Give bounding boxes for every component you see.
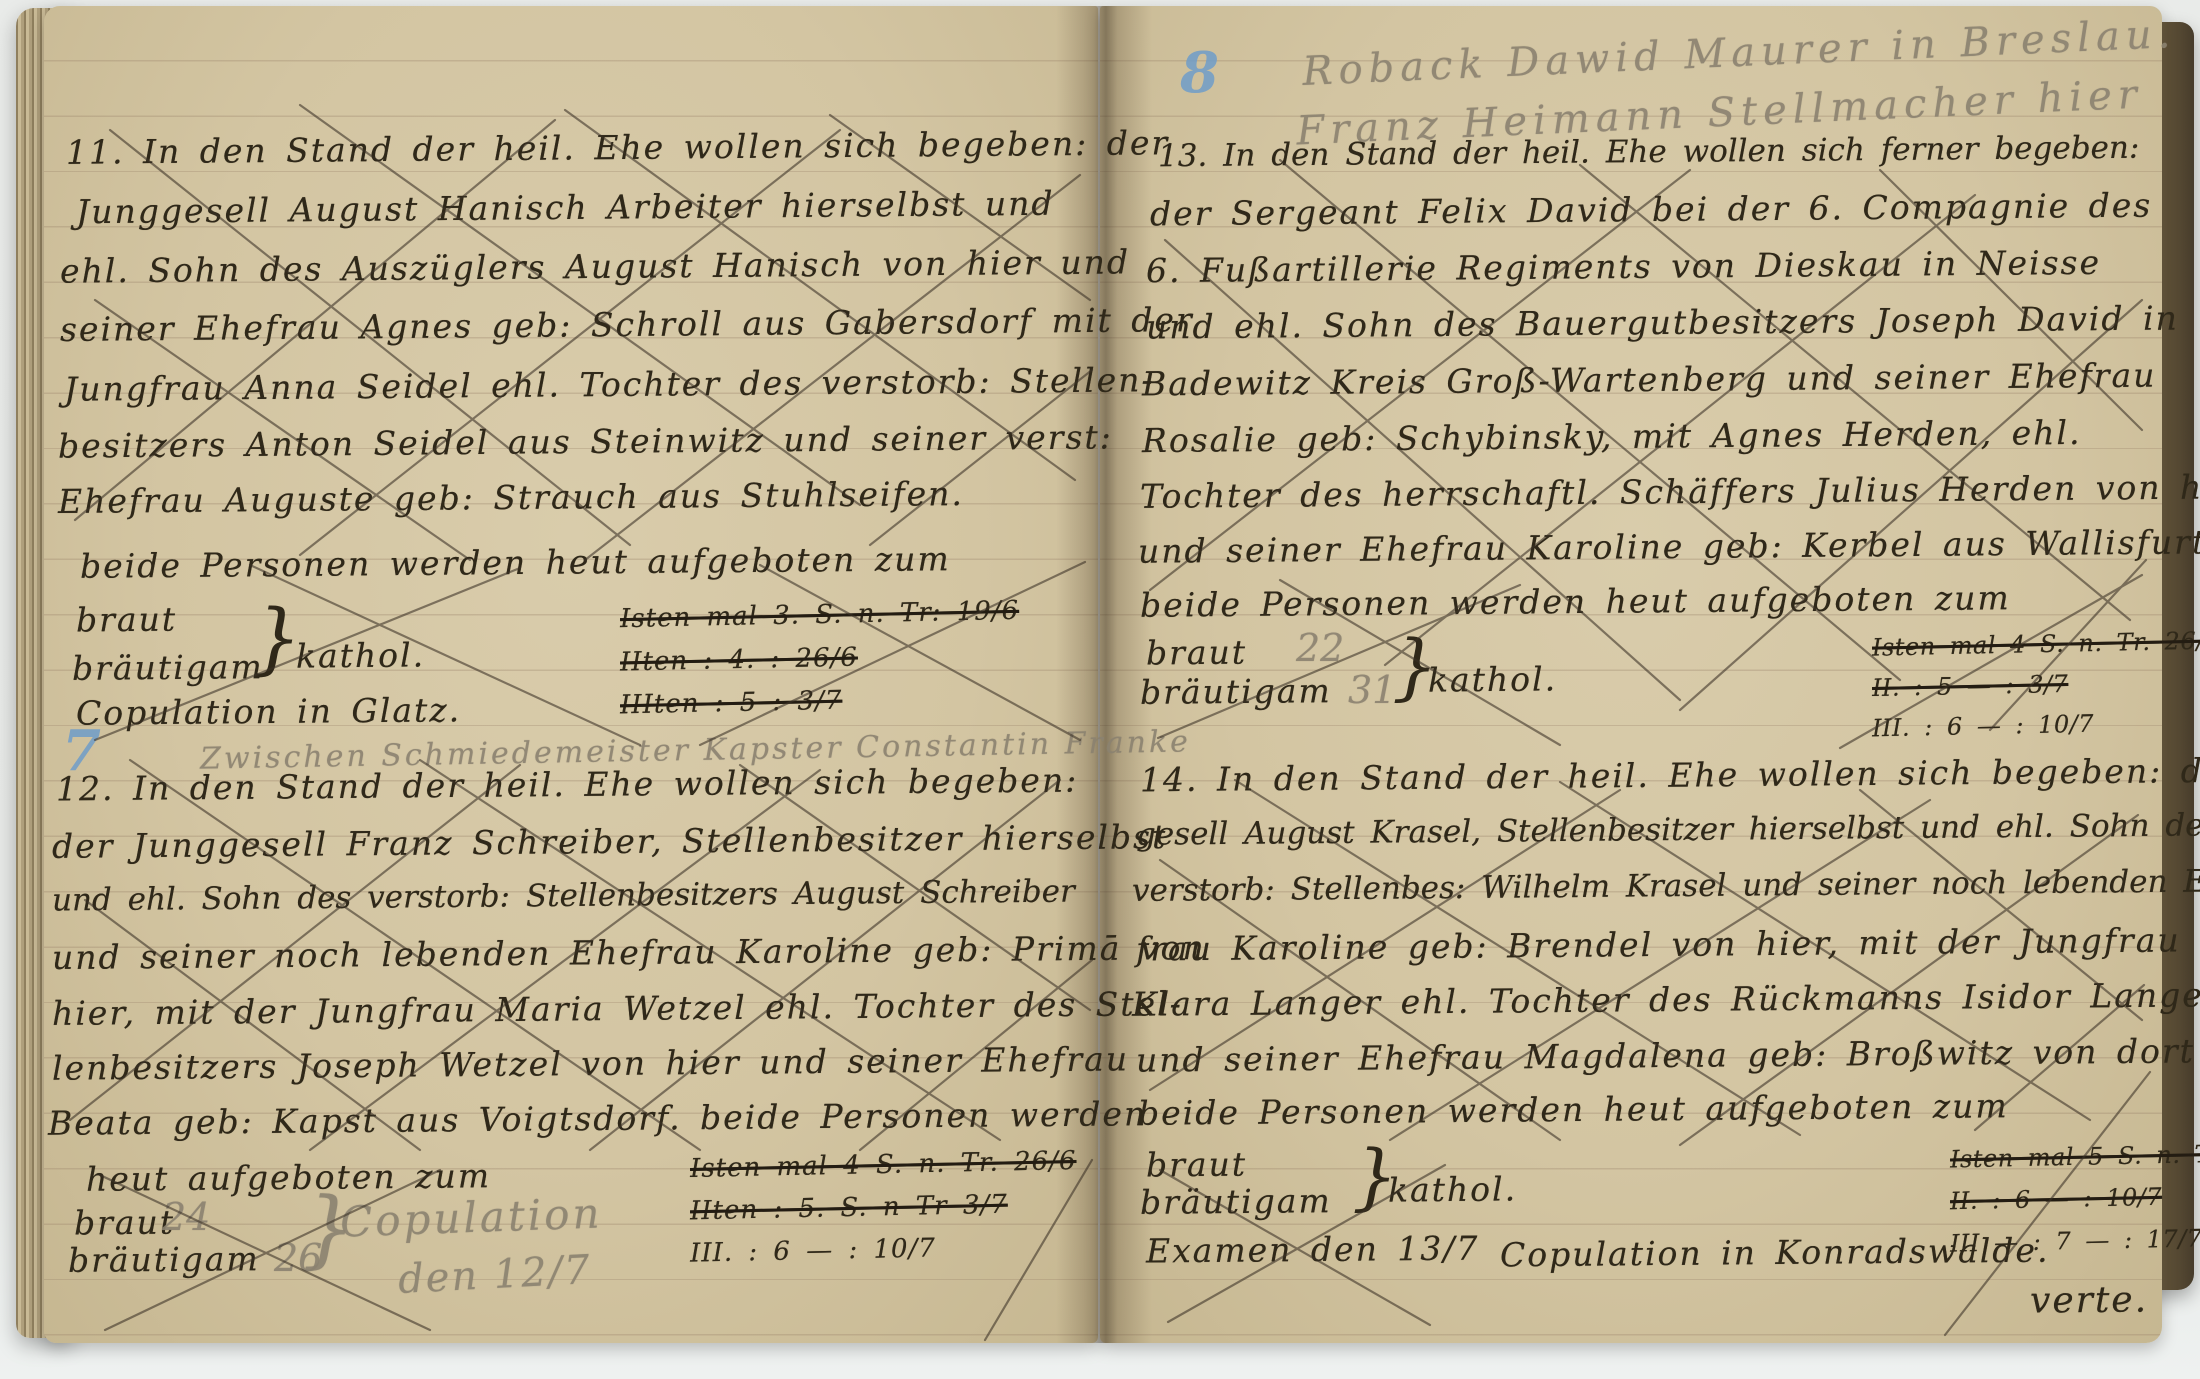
examen-note: Examen den 13/7 <box>1146 1229 1480 1271</box>
pencil-bride-age: 24 <box>162 1195 210 1239</box>
verte-note: verte. <box>2030 1279 2148 1321</box>
banns-row: II. : 5 — : 3/7 <box>1872 670 2069 702</box>
entry11-line: Ehefrau Auguste geb: Strauch aus Stuhlse… <box>58 474 964 521</box>
banns-row: II. : 6 — : 10/7 <box>1950 1183 2163 1215</box>
banns-row: IIten : 4. : 26/6 <box>620 643 858 678</box>
couple-brace: } <box>252 600 302 678</box>
confession-label: kathol. <box>296 635 425 675</box>
groom-label: bräutigam <box>72 647 264 688</box>
bride-label: braut <box>74 1203 175 1243</box>
aufgebot-intro: beide Personen werden heut aufgeboten zu… <box>80 539 951 586</box>
banns-row: III — : 7 — : 17/7 <box>1950 1224 2200 1257</box>
pencil-copulation: Copulation <box>339 1188 603 1246</box>
aufgebot-intro: beide Personen werden heut aufgeboten zu… <box>1140 578 2011 625</box>
entry13-line: 6. Fußartillerie Regiments von Dieskau i… <box>1146 243 2101 290</box>
groom-label: bräutigam <box>1140 1181 1332 1222</box>
confession-label: kathol. <box>1388 1169 1517 1209</box>
marriage-register-spread: 11. In den Stand der heil. Ehe wollen si… <box>0 0 2200 1379</box>
banns-row: III. : 6 — : 10/7 <box>1872 710 2095 743</box>
bride-label: braut <box>76 600 177 640</box>
pencil-groom-age: 31 <box>1348 668 1396 712</box>
bride-label: braut <box>1146 633 1247 673</box>
pencil-bride-age: 22 <box>1296 626 1344 670</box>
groom-label: bräutigam <box>68 1239 260 1280</box>
banns-row: IIIten : 5 : 3/7 <box>620 686 843 721</box>
banns-row: Isten mal 5 S. n. Tr. 3/7 <box>1950 1139 2200 1174</box>
entry13-line: Rosalie geb: Schybinsky, mit Agnes Herde… <box>1142 413 2082 460</box>
confession-label: kathol. <box>1428 659 1557 699</box>
aufgebot-intro: heut aufgeboten zum <box>86 1156 491 1199</box>
copulation-note: Copulation in Glatz. <box>76 690 462 732</box>
blue-index-number: 8 <box>1180 40 1219 106</box>
groom-label: bräutigam <box>1140 671 1332 712</box>
banns-row: III. : 6 — : 10/7 <box>690 1233 936 1268</box>
bride-label: braut <box>1146 1145 1247 1185</box>
aufgebot-intro: beide Personen werden heut aufgeboten zu… <box>1138 1086 2009 1133</box>
